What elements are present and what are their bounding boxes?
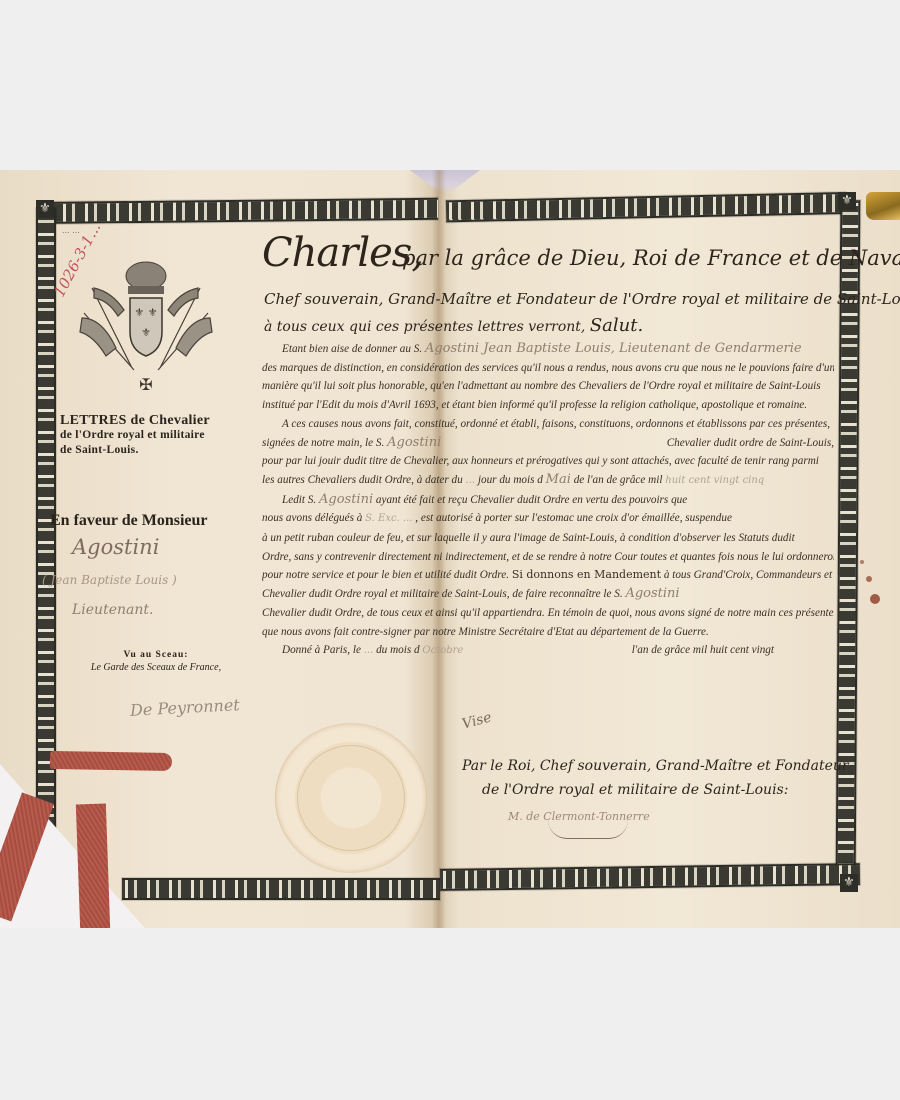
body-line: signées de notre main, le S. Agostini Ch… [262, 434, 834, 453]
body-line: Chevalier dudit Ordre, de tous ceux et a… [262, 604, 834, 623]
handwritten-delegate: S. Exc. ... [365, 513, 412, 524]
body-line: que nous avons fait contre-signer par no… [262, 623, 834, 642]
text: de l'an de grâce mil [574, 474, 663, 486]
body-line: les autres Chevaliers dudit Ordre, à dat… [262, 471, 834, 491]
header-line-2: Chef souverain, Grand-Maître et Fondateu… [264, 290, 900, 308]
fleur-de-lis-icon: ⚜ [838, 192, 856, 210]
fleur-de-lis-icon: ⚜ [840, 874, 858, 892]
text: , est autorisé à porter sur l'estomac un… [415, 512, 732, 524]
seal-visa: Vu au Sceau: Le Garde des Sceaux de Fran… [56, 650, 256, 673]
handwritten-day: ... [364, 645, 374, 656]
body-line: à un petit ruban couleur de feu, et sur … [262, 529, 834, 548]
greeting-prefix: à tous ceux qui ces présentes lettres ve… [264, 319, 585, 335]
signature-flourish [548, 820, 628, 839]
text: Chevalier dudit Ordre royal et militaire… [262, 588, 623, 600]
red-ribbon-horizontal [50, 751, 172, 771]
text: du mois d [376, 644, 420, 656]
handwritten-name: Agostini [387, 435, 441, 450]
document-photo: ⚜ ⚜ ⚜ ... ... 1026-3-1... ⚜ ⚜ ⚜ ✠ LETTRE… [0, 170, 900, 928]
body-line: pour par lui jouir dudit titre de Cheval… [262, 452, 834, 471]
salut-word: Salut. [590, 315, 643, 336]
body-line: A ces causes nous avons fait, constitué,… [262, 415, 834, 434]
king-visa-signature: Vise [460, 709, 493, 732]
seal-keeper-signature: De Peyronnet [130, 695, 241, 720]
fleur-de-lis-icon: ⚜ [36, 200, 54, 218]
body-line: manière qu'il lui soit plus honorable, q… [262, 377, 834, 396]
greek-key-border-top-left [38, 198, 438, 224]
recipient-rank: Lieutenant. [72, 602, 153, 618]
par-le-roi-line-1: Par le Roi, Chef souverain, Grand-Maître… [462, 758, 849, 774]
handwritten-day: ... [466, 475, 476, 486]
handwritten-month: Mai [546, 472, 571, 487]
svg-text:⚜ ⚜: ⚜ ⚜ [134, 306, 157, 319]
text: signées de notre main, le S. [262, 437, 384, 449]
title-line-3: de Saint-Louis. [60, 443, 250, 458]
body-line: des marques de distinction, en considéra… [262, 359, 834, 378]
red-ribbon-tail-right [76, 804, 110, 928]
pencil-annotation: ... ... [62, 226, 80, 235]
body-line: pour notre service et pour le bien et ut… [262, 566, 834, 585]
text: à tous Grand'Croix, Commandeurs et [664, 569, 832, 581]
body-line: Etant bien aise de donner au S. Agostini… [262, 340, 834, 359]
body-text: Etant bien aise de donner au S. Agostini… [262, 340, 834, 661]
text: Etant bien aise de donner au S. [282, 343, 422, 355]
text: l'an de grâce mil huit cent vingt [632, 641, 774, 660]
handwritten-month: Octobre [422, 645, 463, 656]
text: pour notre service et pour le bien et ut… [262, 569, 509, 581]
en-faveur-label: En faveur de Monsieur [50, 512, 207, 530]
body-line: Chevalier dudit Ordre royal et militaire… [262, 585, 834, 604]
king-name: Charles, [262, 230, 423, 276]
text: ayant été fait et reçu Chevalier dudit O… [376, 494, 687, 506]
handwritten-name: Agostini [625, 586, 679, 601]
greek-key-border-top-right [446, 192, 846, 222]
garde-des-sceaux-label: Le Garde des Sceaux de France, [56, 662, 256, 673]
handwritten-name: Agostini [319, 492, 373, 507]
title-line-1: LETTRES de Chevalier [60, 413, 250, 428]
body-line: Ordre, sans y contrevenir directement ni… [262, 548, 834, 567]
vu-au-sceau-label: Vu au Sceau: [56, 650, 256, 660]
text: Donné à Paris, le [282, 644, 361, 656]
given-at-line: Donné à Paris, le ... du mois d Octobre … [262, 641, 834, 661]
embossed-paper-seal [275, 723, 427, 873]
body-line: Ledit S. Agostini ayant été fait et reçu… [262, 491, 834, 510]
text: les autres Chevaliers dudit Ordre, à dat… [262, 474, 463, 486]
body-line: nous avons délégués à S. Exc. ... , est … [262, 509, 834, 529]
royal-coat-of-arms-icon: ⚜ ⚜ ⚜ ✠ [72, 258, 220, 398]
brass-clip [866, 192, 900, 220]
text: Ledit S. [282, 494, 316, 506]
body-line: institué par l'Edit du mois d'Avril 1693… [262, 396, 834, 415]
document-title: LETTRES de Chevalier de l'Ordre royal et… [60, 413, 250, 458]
title-line-2: de l'Ordre royal et militaire [60, 428, 250, 443]
text: Chevalier dudit ordre de Saint-Louis, [667, 434, 834, 453]
greek-key-border-bottom-right [440, 863, 860, 891]
text: jour du mois d [478, 474, 543, 486]
header-line-3: à tous ceux qui ces présentes lettres ve… [264, 315, 643, 336]
recipient-surname: Agostini [72, 535, 159, 559]
greek-key-border-bottom-left [122, 878, 440, 900]
header-line-1: par la grâce de Dieu, Roi de France et d… [402, 246, 900, 270]
recipient-given-names: ( Jean Baptiste Louis ) [42, 573, 177, 587]
par-le-roi-line-2: de l'Ordre royal et militaire de Saint-L… [482, 782, 788, 798]
handwritten-name: Agostini Jean Baptiste Louis, Lieutenant… [425, 341, 802, 356]
handwritten-year: huit cent vingt cinq [665, 475, 764, 486]
svg-text:⚜: ⚜ [141, 326, 151, 339]
text: nous avons délégués à [262, 512, 362, 524]
mandement-text: Si donnons en Mandement [512, 568, 661, 581]
svg-text:✠: ✠ [139, 375, 152, 394]
